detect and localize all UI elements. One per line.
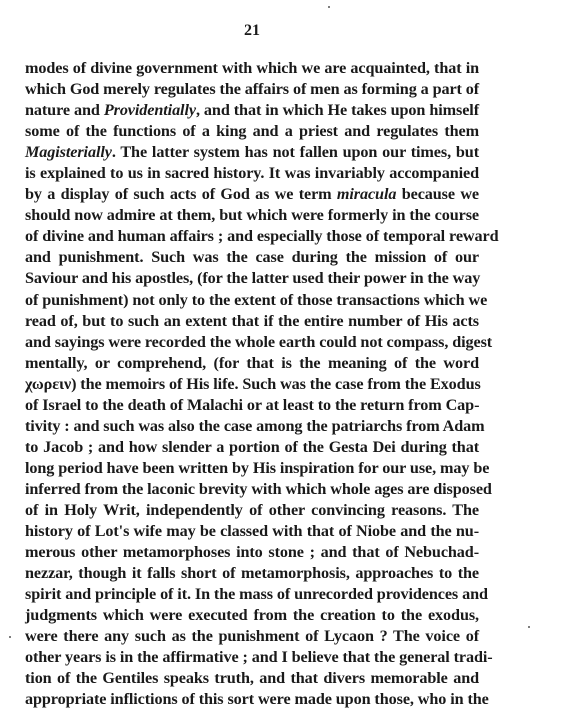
text-line: merous other metamorphoses into stone ; … bbox=[25, 542, 479, 563]
text-line: judgments which were executed from the c… bbox=[25, 605, 479, 626]
text-line: other years is in the affirmative ; and … bbox=[25, 647, 479, 668]
text-line: χωρειν) the memoirs of His life. Such wa… bbox=[25, 374, 479, 395]
text-line: of in Holy Writ, independently of other … bbox=[25, 500, 479, 521]
page-number: 21 bbox=[0, 21, 504, 41]
text-line: should now admire at them, but which wer… bbox=[25, 205, 479, 226]
text-line: tivity : and such was also the case amon… bbox=[25, 416, 479, 437]
italic-term: Magisterially bbox=[25, 143, 112, 161]
text-line: which God merely regulates the affairs o… bbox=[25, 79, 479, 100]
italic-term: Providentially bbox=[104, 101, 196, 119]
text-line: of punishment) not only to the extent of… bbox=[25, 290, 479, 311]
text-line: and punishment. Such was the case during… bbox=[25, 247, 479, 268]
text-line: read of, but to such an extent that if t… bbox=[25, 311, 479, 332]
scan-speck bbox=[328, 6, 330, 8]
text-line: Magisterially. The latter system has not… bbox=[25, 142, 479, 163]
text-line: and sayings were recorded the whole eart… bbox=[25, 332, 479, 353]
text-line: spirit and principle of it. In the mass … bbox=[25, 584, 479, 605]
text-line: of Israel to the death of Malachi or at … bbox=[25, 395, 479, 416]
text-line: Saviour and his apostles, (for the latte… bbox=[25, 268, 479, 289]
text-line: appropriate inflictions of this sort wer… bbox=[25, 689, 479, 710]
text-line: nezzar, though it falls short of metamor… bbox=[25, 563, 479, 584]
text-line: to Jacob ; and how slender a portion of … bbox=[25, 437, 479, 458]
scan-speck bbox=[9, 636, 11, 638]
text-line: history of Lot's wife may be classed wit… bbox=[25, 521, 479, 542]
body-text: modes of divine government with which we… bbox=[25, 58, 479, 710]
text-line: is explained to us in sacred history. It… bbox=[25, 163, 479, 184]
text-line: tion of the Gentiles speaks truth, and t… bbox=[25, 668, 479, 689]
text-line: by a display of such acts of God as we t… bbox=[25, 184, 479, 205]
document-page: 21 modes of divine government with which… bbox=[0, 0, 580, 719]
text-line: mentally, or comprehend, (for that is th… bbox=[25, 353, 479, 374]
text-line: modes of divine government with which we… bbox=[25, 58, 479, 79]
text-line: of divine and human affairs ; and especi… bbox=[25, 226, 479, 247]
text-line: nature and Providentially, and that in w… bbox=[25, 100, 479, 121]
italic-term: miracula bbox=[337, 185, 396, 203]
text-line: long period have been written by His ins… bbox=[25, 458, 479, 479]
text-line: some of the functions of a king and a pr… bbox=[25, 121, 479, 142]
text-line: inferred from the laconic brevity with w… bbox=[25, 479, 479, 500]
text-line: were there any such as the punishment of… bbox=[25, 626, 479, 647]
scan-speck bbox=[528, 626, 530, 628]
